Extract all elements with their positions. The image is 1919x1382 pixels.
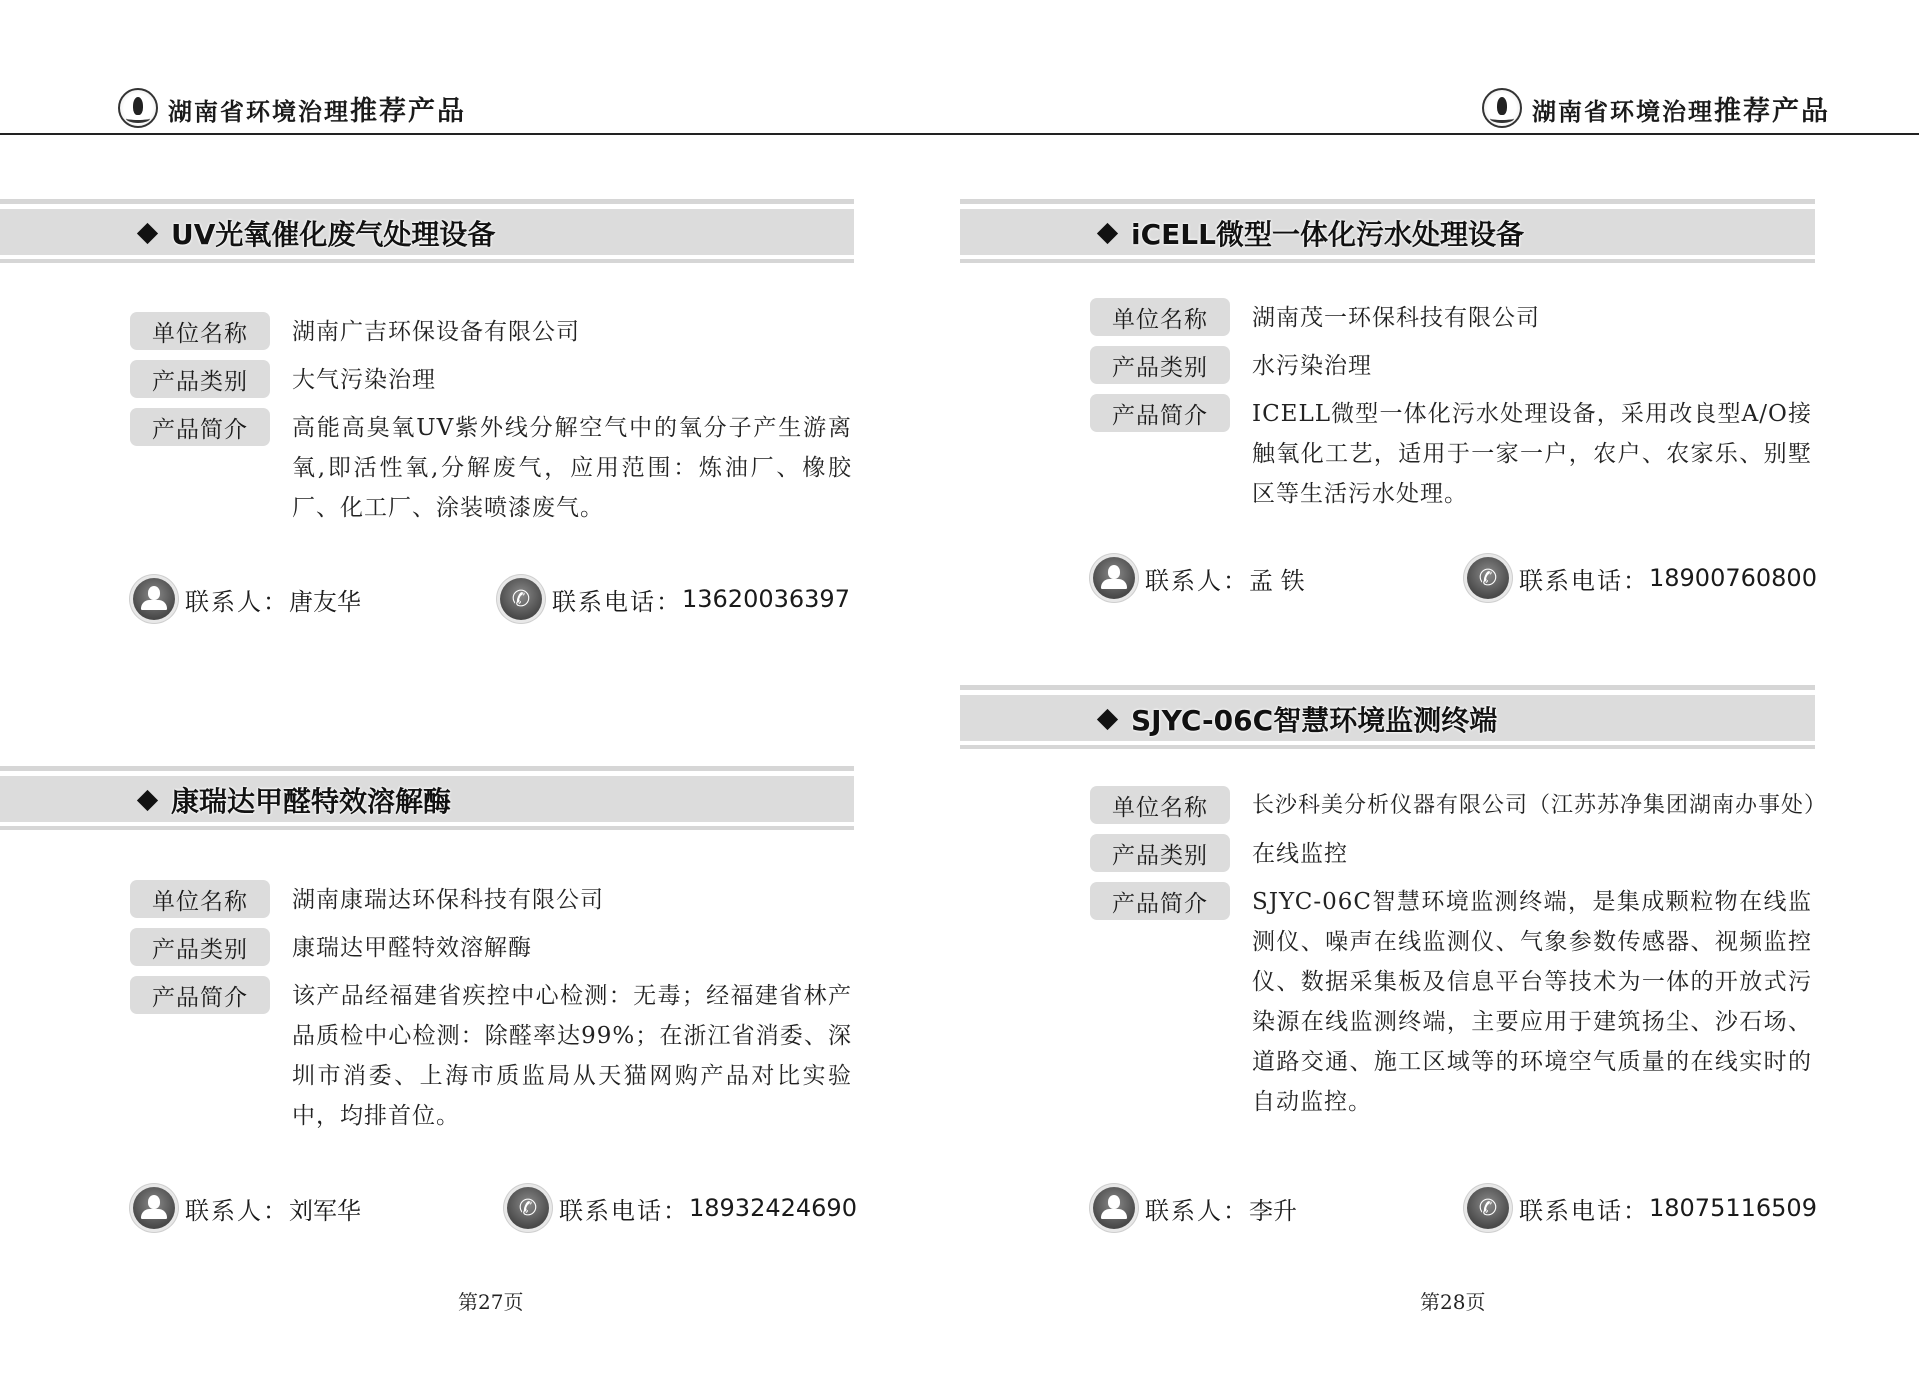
phone-icon: ✆ [507,1187,549,1229]
company-name: 长沙科美分析仪器有限公司（江苏苏净集团湖南办事处） [1252,786,1827,826]
label-intro: 产品简介 [1090,394,1230,432]
label-intro: 产品简介 [130,976,270,1014]
label-company: 单位名称 [1090,298,1230,336]
product-info: 单位名称长沙科美分析仪器有限公司（江苏苏净集团湖南办事处） 产品类别在线监控 产… [1090,786,1830,1130]
label-company: 单位名称 [130,880,270,918]
product-title-bar: SJYC-06C智慧环境监测终端 [960,685,1815,749]
product-title-bar: UV光氧催化废气处理设备 [0,199,854,263]
emblem-logo-icon [1482,88,1522,128]
product-title: 康瑞达甲醛特效溶解酶 [171,780,451,820]
brand-left: 湖南省环境治理推荐产品 [118,88,466,128]
product-category: 大气污染治理 [292,360,436,400]
person-icon [133,578,175,620]
contact-name: 刘军华 [289,1191,361,1226]
company-name: 湖南康瑞达环保科技有限公司 [292,880,604,920]
person-icon [1093,1187,1135,1229]
brand-title: 湖南省环境治理推荐产品 [168,89,466,128]
product-intro: ICELL微型一体化污水处理设备，采用改良型A/O接触氧化工艺，适用于一家一户，… [1252,394,1812,514]
page-number-left: 第27页 [458,1286,523,1315]
product-intro: 高能高臭氧UV紫外线分解空气中的氧分子产生游离氧,即活性氧,分解废气，应用范围：… [292,408,852,528]
contact-person: 联系人：李升 [1093,1187,1297,1229]
label-category: 产品类别 [1090,834,1230,872]
brand-title: 湖南省环境治理推荐产品 [1532,89,1830,128]
product-title-bar: 康瑞达甲醛特效溶解酶 [0,766,854,830]
product-info: 单位名称湖南广吉环保设备有限公司 产品类别大气污染治理 产品简介高能高臭氧UV紫… [130,312,870,536]
label-company: 单位名称 [130,312,270,350]
phone-number: 18075116509 [1649,1194,1817,1222]
label-intro: 产品简介 [1090,882,1230,920]
label-intro: 产品简介 [130,408,270,446]
phone-icon: ✆ [500,578,542,620]
person-icon [1093,557,1135,599]
contact-person: 联系人：刘军华 [133,1187,361,1229]
diamond-icon [137,222,158,243]
label-category: 产品类别 [130,360,270,398]
product-intro: SJYC-06C智慧环境监测终端，是集成颗粒物在线监测仪、噪声在线监测仪、气象参… [1252,882,1812,1122]
product-category: 在线监控 [1252,834,1348,874]
brand-right: 湖南省环境治理推荐产品 [1482,88,1830,128]
product-title: iCELL微型一体化污水处理设备 [1131,213,1524,253]
product-title-bar: iCELL微型一体化污水处理设备 [960,199,1815,263]
product-info: 单位名称湖南康瑞达环保科技有限公司 产品类别康瑞达甲醛特效溶解酶 产品简介该产品… [130,880,870,1144]
product-category: 水污染治理 [1252,346,1372,386]
product-title: UV光氧催化废气处理设备 [171,213,495,253]
phone-icon: ✆ [1467,1187,1509,1229]
product-intro: 该产品经福建省疾控中心检测：无毒；经福建省林产品质检中心检测：除醛率达99%；在… [292,976,852,1136]
diamond-icon [1097,708,1118,729]
contact-name: 唐友华 [289,582,361,617]
contact-name: 孟 铁 [1249,561,1305,596]
product-info: 单位名称湖南茂一环保科技有限公司 产品类别水污染治理 产品简介ICELL微型一体… [1090,298,1830,522]
contact-name: 李升 [1249,1191,1297,1226]
diamond-icon [137,789,158,810]
label-category: 产品类别 [130,928,270,966]
contact-person: 联系人：孟 铁 [1093,557,1305,599]
emblem-logo-icon [118,88,158,128]
diamond-icon [1097,222,1118,243]
contact-phone: ✆ 联系电话：18075116509 [1467,1187,1817,1229]
phone-icon: ✆ [1467,557,1509,599]
contact-phone: ✆ 联系电话：13620036397 [500,578,850,620]
product-title: SJYC-06C智慧环境监测终端 [1131,699,1497,739]
person-icon [133,1187,175,1229]
page-header: 湖南省环境治理推荐产品 湖南省环境治理推荐产品 [0,0,1919,136]
company-name: 湖南茂一环保科技有限公司 [1252,298,1540,338]
label-category: 产品类别 [1090,346,1230,384]
phone-number: 13620036397 [682,585,850,613]
phone-number: 18900760800 [1649,564,1817,592]
product-category: 康瑞达甲醛特效溶解酶 [292,928,532,968]
phone-number: 18932424690 [689,1194,857,1222]
page-number-right: 第28页 [1420,1286,1485,1315]
contact-person: 联系人：唐友华 [133,578,361,620]
company-name: 湖南广吉环保设备有限公司 [292,312,580,352]
contact-phone: ✆ 联系电话：18932424690 [507,1187,857,1229]
contact-phone: ✆ 联系电话：18900760800 [1467,557,1817,599]
label-company: 单位名称 [1090,786,1230,824]
header-divider [0,133,1919,135]
